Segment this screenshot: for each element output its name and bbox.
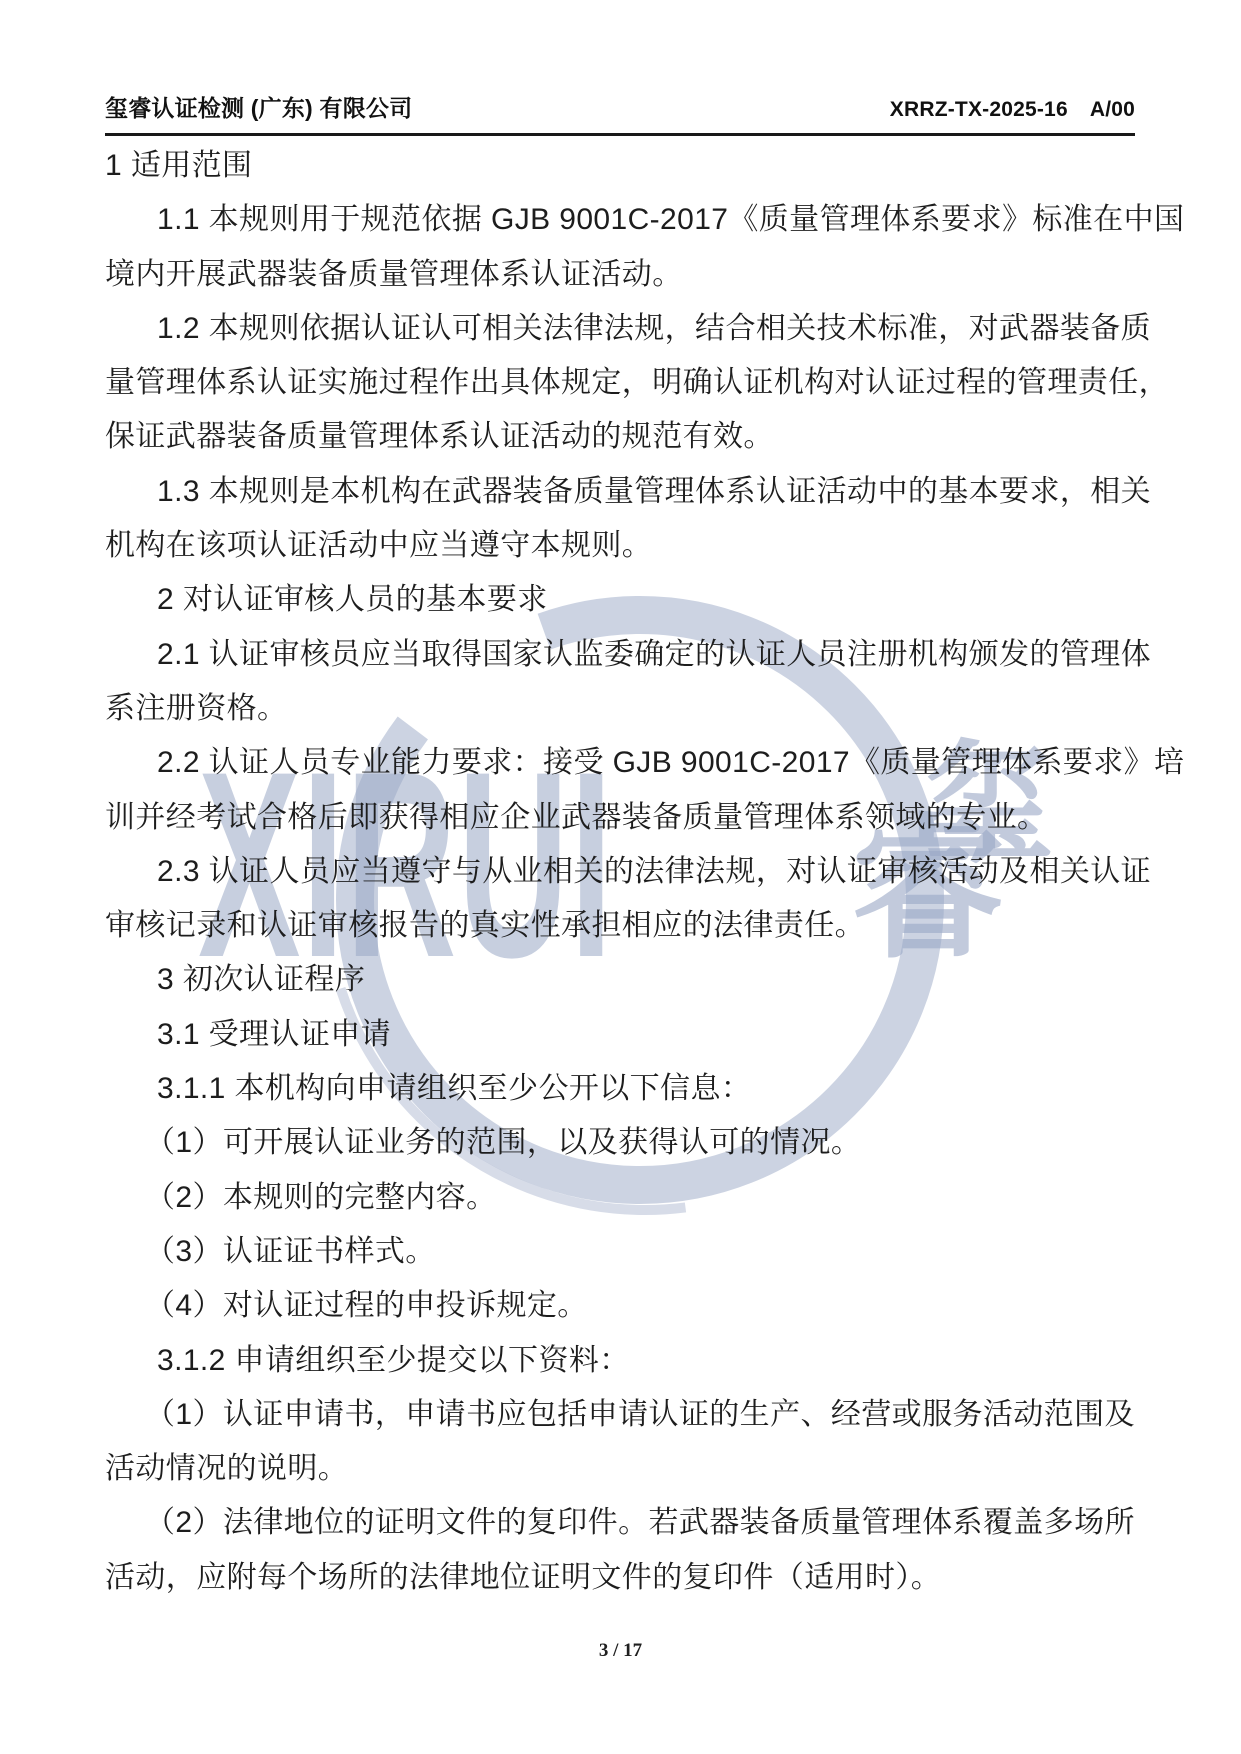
document-page: XIRUI 玺 睿 玺睿认证检测 (广东) 有限公司 XRRZ-TX-2025-… <box>0 0 1241 1754</box>
page-header: 玺睿认证检测 (广东) 有限公司 XRRZ-TX-2025-16A/00 <box>105 90 1135 123</box>
text-line: （4）对认证过程的申投诉规定。 <box>105 1279 1135 1333</box>
text-line: 3.1.1 本机构向申请组织至少公开以下信息： <box>105 1062 1135 1116</box>
text-line: 3.1.2 申请组织至少提交以下资料： <box>105 1334 1135 1388</box>
page-footer: 3 / 17 <box>0 1640 1241 1662</box>
text-line: 1.2 本规则依据认证认可相关法律法规，结合相关技术标准，对武器装备质 <box>105 302 1135 356</box>
text-line: 2.3 认证人员应当遵守与从业相关的法律法规，对认证审核活动及相关认证 <box>105 845 1135 899</box>
text-line: （1）认证申请书，申请书应包括申请认证的生产、经营或服务活动范围及 <box>105 1388 1135 1442</box>
text-line: 活动，应附每个场所的法律地位证明文件的复印件（适用时）。 <box>105 1551 1135 1605</box>
revision-code: A/00 <box>1090 98 1135 121</box>
text-line: （1）可开展认证业务的范围，以及获得认可的情况。 <box>105 1116 1135 1170</box>
text-line: （3）认证证书样式。 <box>105 1225 1135 1279</box>
text-line: 3 初次认证程序 <box>105 953 1135 1007</box>
document-body: 1 适用范围1.1 本规则用于规范依据 GJB 9001C-2017《质量管理体… <box>105 139 1135 1605</box>
text-line: 1 适用范围 <box>105 139 1135 193</box>
header-divider <box>105 133 1135 136</box>
text-line: 2 对认证审核人员的基本要求 <box>105 573 1135 627</box>
text-line: （2）本规则的完整内容。 <box>105 1171 1135 1225</box>
text-line: 2.1 认证审核员应当取得国家认监委确定的认证人员注册机构颁发的管理体 <box>105 628 1135 682</box>
text-line: 机构在该项认证活动中应当遵守本规则。 <box>105 519 1135 573</box>
text-line: （2）法律地位的证明文件的复印件。若武器装备质量管理体系覆盖多场所 <box>105 1496 1135 1550</box>
text-line: 3.1 受理认证申请 <box>105 1008 1135 1062</box>
text-line: 训并经考试合格后即获得相应企业武器装备质量管理体系领域的专业。 <box>105 791 1135 845</box>
text-line: 审核记录和认证审核报告的真实性承担相应的法律责任。 <box>105 899 1135 953</box>
text-line: 1.1 本规则用于规范依据 GJB 9001C-2017《质量管理体系要求》标准… <box>105 193 1135 247</box>
text-line: 2.2 认证人员专业能力要求：接受 GJB 9001C-2017《质量管理体系要… <box>105 736 1135 790</box>
text-line: 系注册资格。 <box>105 682 1135 736</box>
text-line: 量管理体系认证实施过程作出具体规定，明确认证机构对认证过程的管理责任， <box>105 356 1135 410</box>
page-number: 3 / 17 <box>599 1640 642 1661</box>
text-line: 1.3 本规则是本机构在武器装备质量管理体系认证活动中的基本要求，相关 <box>105 465 1135 519</box>
company-name: 玺睿认证检测 (广东) 有限公司 <box>105 90 412 123</box>
text-line: 活动情况的说明。 <box>105 1442 1135 1496</box>
document-number: XRRZ-TX-2025-16A/00 <box>890 98 1135 122</box>
text-line: 保证武器装备质量管理体系认证活动的规范有效。 <box>105 410 1135 464</box>
document-code: XRRZ-TX-2025-16 <box>890 98 1068 121</box>
text-line: 境内开展武器装备质量管理体系认证活动。 <box>105 248 1135 302</box>
